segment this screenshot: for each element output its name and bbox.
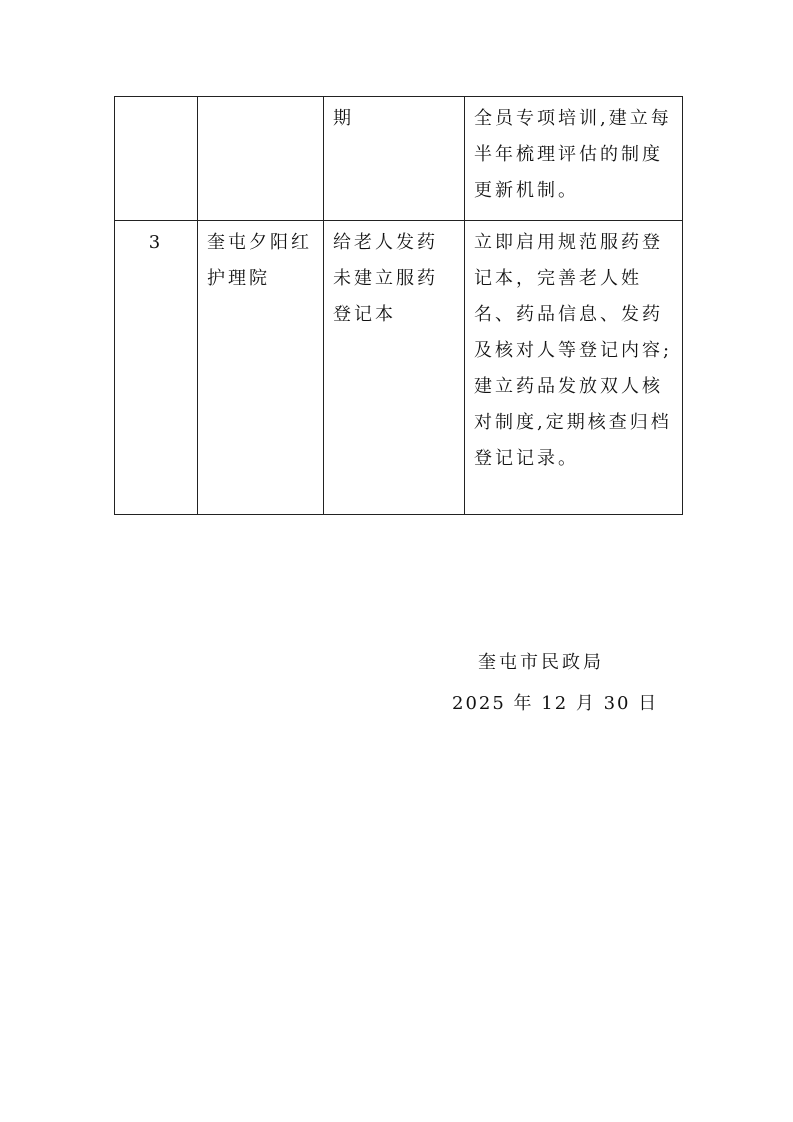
signature-organization: 奎屯市民政局 [478,648,604,674]
signature-date: 2025 年 12 月 30 日 [452,689,658,715]
cell-no [115,97,198,221]
cell-institution [198,97,324,221]
rectification-table: 期 全员专项培训,建立每半年梳理评估的制度更新机制。 3 奎屯夕阳红护理院 给老… [114,96,683,515]
cell-issue: 给老人发药未建立服药登记本 [324,221,465,515]
table-row: 3 奎屯夕阳红护理院 给老人发药未建立服药登记本 立即启用规范服药登记本，完善老… [115,221,683,515]
cell-issue: 期 [324,97,465,221]
cell-no: 3 [115,221,198,515]
cell-measures: 全员专项培训,建立每半年梳理评估的制度更新机制。 [465,97,683,221]
table-row: 期 全员专项培训,建立每半年梳理评估的制度更新机制。 [115,97,683,221]
cell-measures: 立即启用规范服药登记本，完善老人姓名、药品信息、发药及核对人等登记内容;建立药品… [465,221,683,515]
cell-institution: 奎屯夕阳红护理院 [198,221,324,515]
